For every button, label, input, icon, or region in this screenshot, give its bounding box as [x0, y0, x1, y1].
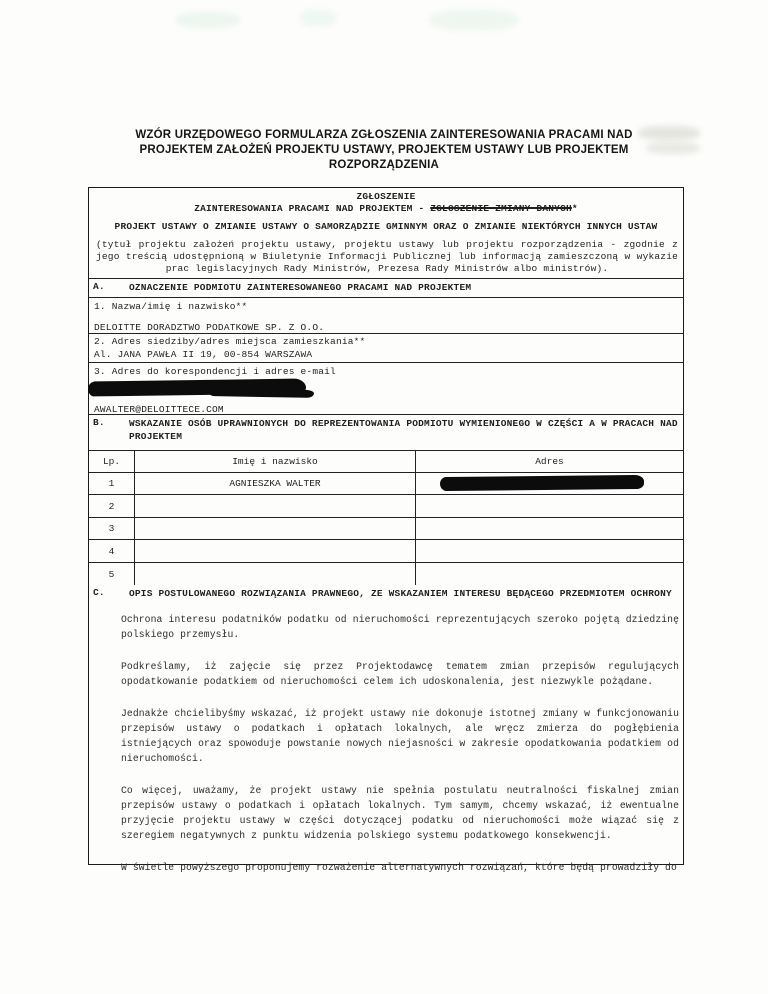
section-b-letter: B. [93, 417, 129, 443]
table-row: 2 [89, 495, 683, 518]
table-row: 1 AGNIESZKA WALTER [89, 473, 683, 495]
section-a-title: OZNACZENIE PODMIOTU ZAINTERESOWANEGO PRA… [129, 281, 679, 294]
table-cell-address [416, 518, 683, 539]
table-cell-name [135, 540, 416, 562]
scan-artifact [176, 12, 240, 28]
page-title: WZÓR URZĘDOWEGO FORMULARZA ZGŁOSZENIA ZA… [104, 128, 664, 173]
table-cell-address [416, 495, 683, 517]
table-cell-name [135, 563, 416, 585]
subheading-text: ZAINTERESOWANIA PRACAMI NAD PROJEKTEM - [194, 203, 430, 214]
redaction-block [209, 388, 314, 398]
table-cell-name: AGNIESZKA WALTER [135, 473, 416, 494]
paragraph: Co więcej, uważamy, że projekt ustawy ni… [121, 783, 679, 843]
section-c-letter: C. [93, 587, 129, 600]
form-subheading: ZAINTERESOWANIA PRACAMI NAD PROJEKTEM - … [89, 203, 683, 214]
paragraph: Podkreślamy, iż zajęcie się przez Projek… [121, 659, 679, 689]
scanned-document-page: WZÓR URZĘDOWEGO FORMULARZA ZGŁOSZENIA ZA… [0, 0, 768, 994]
paragraph: Jednakże chcielibyśmy wskazać, iż projek… [121, 706, 679, 766]
table-cell-name [135, 495, 416, 517]
table-cell-lp: 1 [89, 473, 135, 494]
field-email-label: 3. Adres do korespondencji i adres e-mai… [94, 366, 677, 377]
footnote-asterisk: * [572, 203, 578, 214]
struck-text: ZGŁOSZENIE ZMIANY DANYCH [430, 203, 572, 214]
field-address-value: Al. JANA PAWŁA II 19, 00-854 WARSZAWA [94, 349, 677, 360]
table-cell-lp: 2 [89, 495, 135, 517]
table-row: 4 [89, 540, 683, 563]
field-name-value: DELOITTE DORADZTWO PODATKOWE SP. Z O.O. [94, 322, 677, 333]
field-name-label: 1. Nazwa/imię i nazwisko** [94, 301, 677, 312]
table-cell-address [416, 473, 683, 494]
table-row: 3 [89, 518, 683, 540]
divider [89, 362, 683, 363]
table-cell-address [416, 563, 683, 585]
table-header-lp: Lp. [89, 451, 135, 472]
section-a-letter: A. [93, 281, 129, 294]
form-frame: ZGŁOSZENIE ZAINTERESOWANIA PRACAMI NAD P… [88, 187, 684, 865]
form-heading: ZGŁOSZENIE [89, 191, 683, 202]
table-row: 5 [89, 563, 683, 585]
scan-artifact [430, 10, 518, 30]
table-header-name: Imię i nazwisko [135, 451, 416, 472]
section-b-title: WSKAZANIE OSÓB UPRAWNIONYCH DO REPREZENT… [129, 417, 679, 443]
table-cell-lp: 5 [89, 563, 135, 585]
redaction-block [440, 475, 644, 491]
section-c-body: Ochrona interesu podatników podatku od n… [121, 612, 679, 875]
section-a-header: A. OZNACZENIE PODMIOTU ZAINTERESOWANEGO … [93, 281, 679, 294]
table-cell-name [135, 518, 416, 539]
field-address-label: 2. Adres siedziby/adres miejsca zamieszk… [94, 336, 677, 347]
table-header-address: Adres [416, 451, 683, 472]
section-c-header: C. OPIS POSTULOWANEGO ROZWIĄZANIA PRAWNE… [93, 587, 679, 600]
header-note: (tytuł projektu założeń projektu ustawy,… [96, 239, 678, 275]
section-b-header: B. WSKAZANIE OSÓB UPRAWNIONYCH DO REPREZ… [93, 417, 679, 443]
scan-artifact [300, 10, 336, 26]
divider [89, 414, 683, 415]
section-c-title: OPIS POSTULOWANEGO ROZWIĄZANIA PRAWNEGO,… [129, 587, 679, 600]
paragraph: W świetle powyższego proponujemy rozważe… [121, 860, 679, 875]
divider [89, 278, 683, 279]
table-cell-lp: 3 [89, 518, 135, 539]
table-cell-lp: 4 [89, 540, 135, 562]
divider [89, 297, 683, 298]
divider [89, 333, 683, 334]
paragraph: Ochrona interesu podatników podatku od n… [121, 612, 679, 642]
table-cell-address [416, 540, 683, 562]
table-header-row: Lp. Imię i nazwisko Adres [89, 451, 683, 473]
project-title: PROJEKT USTAWY O ZMIANIE USTAWY O SAMORZ… [89, 221, 683, 232]
representatives-table: Lp. Imię i nazwisko Adres 1 AGNIESZKA WA… [89, 450, 683, 585]
